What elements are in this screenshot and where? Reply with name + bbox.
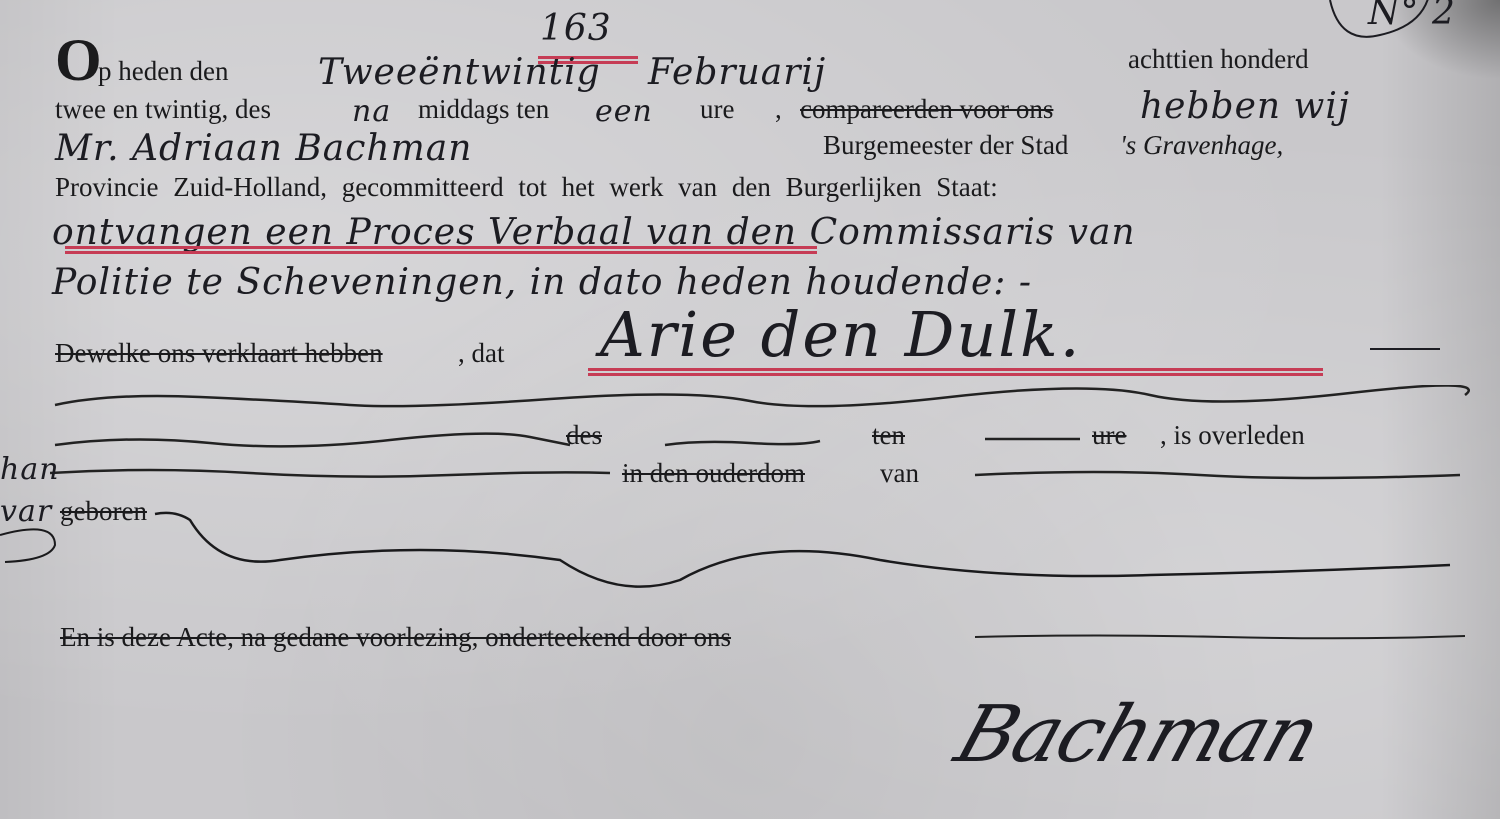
printed-burgemeester: Burgemeester der Stad (823, 130, 1068, 161)
closing-line (975, 632, 1465, 642)
printed-is-overleden: , is overleden (1160, 420, 1305, 451)
handwritten-politie-line: Politie te Scheveningen, in dato heden h… (52, 262, 1032, 303)
handwritten-month: Februarij (648, 52, 826, 93)
name-trailing-dash (1370, 344, 1440, 354)
printed-achttien-honderd: achttien honderd (1128, 44, 1309, 75)
ontvangen-red-underline (65, 246, 817, 254)
printed-van: van (880, 458, 919, 489)
handwritten-na: na (352, 94, 391, 129)
margin-handwriting-han: han (0, 452, 60, 487)
act-number: 163 (540, 8, 612, 49)
printed-middags-ten: middags ten (418, 94, 549, 125)
printed-op-heden-den: p heden den (98, 56, 228, 87)
struck-dewelke: Dewelke ons verklaart hebben (55, 338, 383, 369)
struck-in-den-ouderdom: in den ouderdom (622, 458, 805, 489)
struck-ten: ten (872, 420, 905, 451)
handwritten-hour: een (595, 94, 653, 129)
handwritten-mayor-name: Mr. Adriaan Bachman (55, 128, 472, 169)
printed-dat: , dat (458, 338, 505, 369)
mayor-signature: Bachman (945, 690, 1329, 780)
struck-des: des (566, 420, 602, 451)
large-wavy-strike-line (0, 500, 1460, 620)
printed-twee-en-twintig: twee en twintig, des (55, 94, 271, 125)
struck-en-is-deze-acte: En is deze Acte, na gedane voorlezing, o… (60, 622, 731, 653)
handwritten-hebben-wij: hebben wij (1140, 86, 1350, 127)
struck-ure: ure (1092, 420, 1126, 451)
death-record-page: N° 2 O p heden den 163 Tweeëntwintig Feb… (0, 0, 1500, 819)
handwritten-day: Tweeëntwintig (318, 52, 601, 93)
deceased-red-underline (588, 368, 1323, 376)
printed-provincie-line: Provincie Zuid-Holland, gecommitteerd to… (55, 172, 998, 203)
handwritten-deceased-name: Arie den Dulk. (600, 298, 1081, 371)
printed-city: 's Gravenhage, (1120, 130, 1283, 161)
printed-comma: , (775, 94, 782, 125)
margin-number-circle (1320, 0, 1440, 50)
initial-letter-o: O (55, 30, 102, 90)
printed-ure: ure (700, 94, 734, 125)
struck-compareerden-voor-ons: compareerden voor ons (800, 94, 1053, 125)
